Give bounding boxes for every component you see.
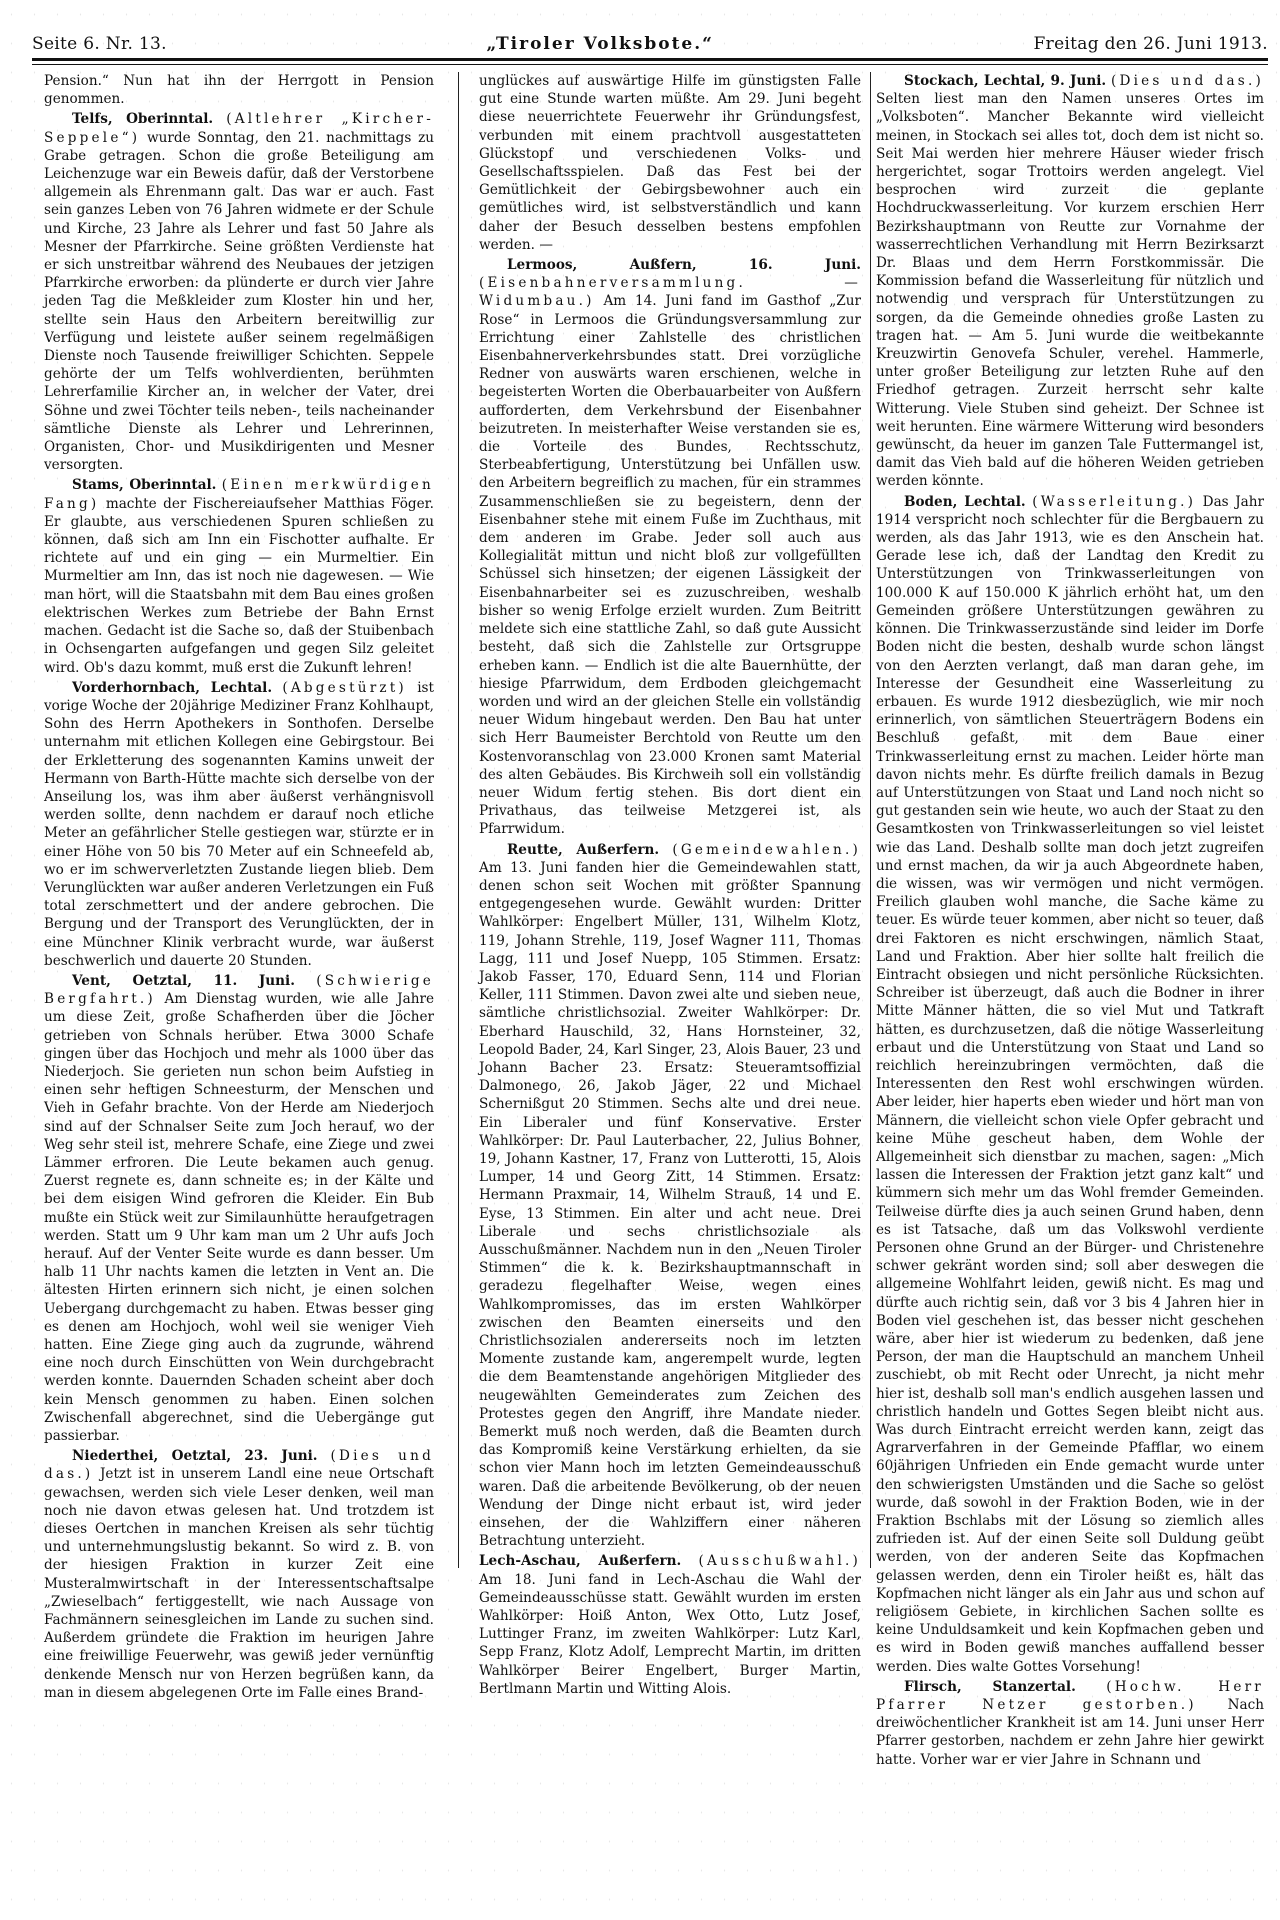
article-paragraph: Lech-Aschau, Außerfern. (Ausschußwahl.) … xyxy=(479,1552,861,1698)
article-paragraph: Vent, Oetztal, 11. Juni. (Schwierige Ber… xyxy=(44,972,434,1445)
article-dateline: Niederthei, Oetztal, 23. Juni. xyxy=(72,1448,318,1464)
article-body: Am Dienstag wurden, wie alle Jahre um di… xyxy=(44,991,434,1444)
article-dateline: Boden, Lechtal. xyxy=(904,494,1026,510)
newspaper-page: Seite 6. Nr. 13. „Tiroler Volksbote.“ Fr… xyxy=(0,0,1280,1920)
article-body: Am 13. Juni fanden hier die Gemeindewahl… xyxy=(479,860,861,1550)
column-divider xyxy=(870,72,871,1568)
article-body: Am 18. Juni fand in Lech-Aschau die Wahl… xyxy=(479,1572,861,1697)
article-paragraph: Niederthei, Oetztal, 23. Juni. (Dies und… xyxy=(44,1447,434,1702)
article-paragraph: unglückes auf auswärtige Hilfe im günsti… xyxy=(479,72,861,254)
column-divider xyxy=(458,72,459,1568)
article-paragraph: Vorderhornbach, Lechtal. (Abgestürzt) is… xyxy=(44,679,434,970)
article-headline: (Abgestürzt) xyxy=(282,680,407,696)
article-dateline: Lermoos, Außfern, 16. Juni. xyxy=(507,257,861,273)
article-body: Jetzt ist in unserem Landl eine neue Ort… xyxy=(44,1466,434,1700)
article-headline: (Ausschußwahl.) xyxy=(699,1553,862,1569)
article-headline: (Gemeindewahlen.) xyxy=(672,842,861,858)
column-1: Pension.“ Nun hat ihn der Herrgott in Pe… xyxy=(44,72,434,1704)
page-number: Seite 6. Nr. 13. xyxy=(32,34,167,54)
article-paragraph: Stockach, Lechtal, 9. Juni. (Dies und da… xyxy=(876,72,1264,491)
article-body: unglückes auf auswärtige Hilfe im günsti… xyxy=(479,73,861,253)
article-dateline: Telfs, Oberinntal. xyxy=(72,111,213,127)
article-paragraph: Stams, Oberinntal. (Einen merkwürdigen F… xyxy=(44,476,434,676)
article-body: Pension.“ Nun hat ihn der Herrgott in Pe… xyxy=(44,73,434,107)
article-headline: (Dies und das.) xyxy=(1111,73,1264,89)
article-dateline: Flirsch, Stanzertal. xyxy=(904,1679,1076,1695)
header-rule-thick xyxy=(32,58,1268,61)
article-body: ist vorige Woche der 20jährige Mediziner… xyxy=(44,680,434,969)
article-dateline: Vorderhornbach, Lechtal. xyxy=(72,680,272,696)
header-rule-thin xyxy=(32,64,1268,65)
newspaper-title: „Tiroler Volksbote.“ xyxy=(486,34,714,54)
column-2: unglückes auf auswärtige Hilfe im günsti… xyxy=(479,72,861,1700)
article-dateline: Stockach, Lechtal, 9. Juni. xyxy=(904,73,1106,89)
article-dateline: Vent, Oetztal, 11. Juni. xyxy=(72,973,295,989)
article-body: wurde Sonntag, den 21. nachmittags zu Gr… xyxy=(44,130,434,474)
article-paragraph: Reutte, Außerfern. (Gemeindewahlen.) Am … xyxy=(479,841,861,1551)
masthead: Seite 6. Nr. 13. „Tiroler Volksbote.“ Fr… xyxy=(32,28,1268,54)
article-headline: (Wasserleitung.) xyxy=(1032,494,1196,510)
article-dateline: Reutte, Außerfern. xyxy=(507,842,659,858)
column-3: Stockach, Lechtal, 9. Juni. (Dies und da… xyxy=(876,72,1264,1771)
article-dateline: Stams, Oberinntal. xyxy=(72,477,216,493)
article-body: Das Jahr 1914 verspricht noch schlechter… xyxy=(876,494,1264,1675)
article-paragraph: Boden, Lechtal. (Wasserleitung.) Das Jah… xyxy=(876,493,1264,1676)
article-paragraph: Pension.“ Nun hat ihn der Herrgott in Pe… xyxy=(44,72,434,108)
issue-date: Freitag den 26. Juni 1913. xyxy=(1034,34,1268,54)
article-body: machte der Fischereiaufseher Matthias Fö… xyxy=(44,496,434,676)
article-paragraph: Flirsch, Stanzertal. (Hochw. Herr Pfarre… xyxy=(876,1678,1264,1769)
article-paragraph: Lermoos, Außfern, 16. Juni. (Eisenbahner… xyxy=(479,256,861,839)
article-body: Selten liest man den Namen unseres Ortes… xyxy=(876,91,1264,489)
article-body: Am 14. Juni fand im Gasthof „Zur Rose“ i… xyxy=(479,293,861,837)
article-paragraph: Telfs, Oberinntal. (Altlehrer „Kircher-S… xyxy=(44,110,434,474)
article-dateline: Lech-Aschau, Außerfern. xyxy=(479,1553,681,1569)
